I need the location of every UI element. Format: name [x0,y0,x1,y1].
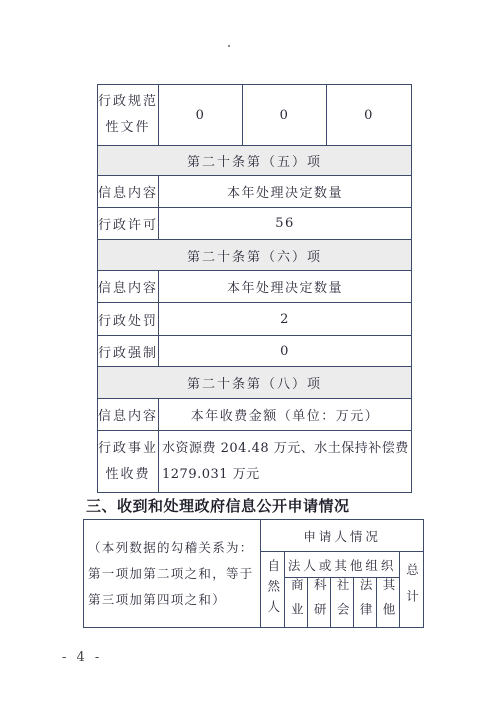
applicant-header: 申请人情况 [261,520,424,552]
cell-value: 56 [159,208,412,240]
org-col-other: 其他 [377,578,400,628]
cell-value: 0 [327,85,412,146]
section-heading: 第二十条第（六）项 [98,240,412,271]
vertical-label: 其他 [379,578,397,627]
cell-value: 本年处理决定数量 [159,176,412,208]
note-cell: （本列数据的勾稽关系为：第一项加第二项之和，等于第三项加第四项之和） [84,520,261,628]
total-header: 总计 [400,552,424,628]
disclosure-table: 行政规范 性文件 0 0 0 第二十条第（五）项 信息内容 本年处理决定数量 行… [97,84,412,493]
vertical-label: 商业 [287,578,305,627]
cell-value: 0 [159,336,412,367]
org-col-commercial: 商业 [285,578,308,628]
org-col-social: 社会 [331,578,354,628]
row-label: 行政规范 性文件 [98,85,159,146]
page-number: - 4 - [62,650,102,665]
label-line: 性收费 [105,467,150,482]
cell-value: 本年处理决定数量 [159,271,412,303]
vertical-label: 总计 [403,563,421,616]
row-label: 信息内容 [98,271,159,303]
row-label: 行政强制 [98,336,159,367]
scan-speck [228,45,230,47]
cell-value: 0 [159,85,243,146]
fee-value: 水资源费 204.48 万元、水土保持补偿费 1279.031 万元 [159,431,412,493]
row-label: 信息内容 [98,176,159,208]
section-heading: 第二十条第（八）项 [98,367,412,399]
row-label: 信息内容 [98,399,159,431]
label-line: 性文件 [105,120,150,135]
vertical-label: 法律 [356,578,374,627]
section-heading: 第二十条第（五）项 [98,146,412,176]
row-label: 行政许可 [98,208,159,240]
application-table: （本列数据的勾稽关系为：第一项加第二项之和，等于第三项加第四项之和） 申请人情况… [83,519,424,628]
cell-value: 0 [243,85,327,146]
cell-value: 2 [159,303,412,336]
org-header: 法人或其他组织 [285,552,400,578]
fee-line: 水资源费 204.48 万元、水土保持补偿费 [162,441,409,456]
row-label: 行政处罚 [98,303,159,336]
vertical-label: 自然人 [264,559,282,621]
label-line: 行政事业 [98,441,158,456]
cell-value: 本年收费金额（单位：万元） [159,399,412,431]
org-col-legal: 法律 [354,578,377,628]
vertical-label: 科研 [310,578,328,627]
table-row: 行政规范 性文件 0 0 0 [98,85,412,146]
natural-person-header: 自然人 [261,552,285,628]
row-label: 行政事业 性收费 [98,431,159,493]
org-col-research: 科研 [308,578,331,628]
section-title: 三、收到和处理政府信息公开申请情况 [86,495,350,516]
label-line: 行政规范 [98,94,158,109]
vertical-label: 社会 [333,578,351,627]
fee-line: 1279.031 万元 [162,467,260,482]
